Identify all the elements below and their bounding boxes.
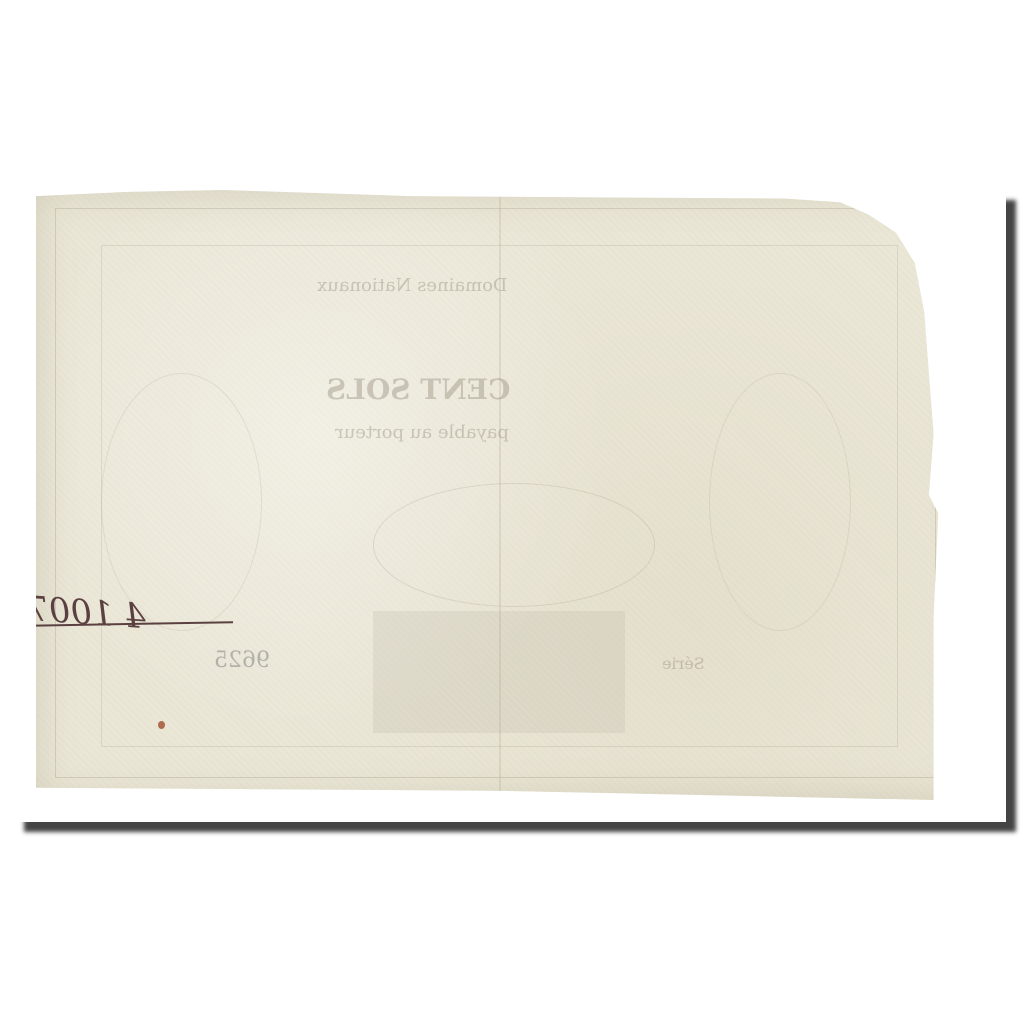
handwritten-mark: 4 1007 — [25, 588, 146, 636]
serial-number: 9625 — [214, 648, 270, 673]
dry-stamp-area — [373, 611, 625, 733]
right-medallion-watermark — [709, 373, 851, 631]
series-label: Série — [662, 654, 705, 673]
header-text: Domaines Nationaux — [317, 275, 507, 296]
ink-stain — [158, 721, 165, 729]
banknote: Domaines Nationaux CENT SOLS payable au … — [36, 190, 971, 800]
value-text: CENT SOLS — [326, 373, 510, 406]
payable-text: payable au porteur — [335, 422, 509, 443]
center-seal-impression — [373, 483, 656, 607]
left-medallion-watermark — [101, 373, 262, 631]
